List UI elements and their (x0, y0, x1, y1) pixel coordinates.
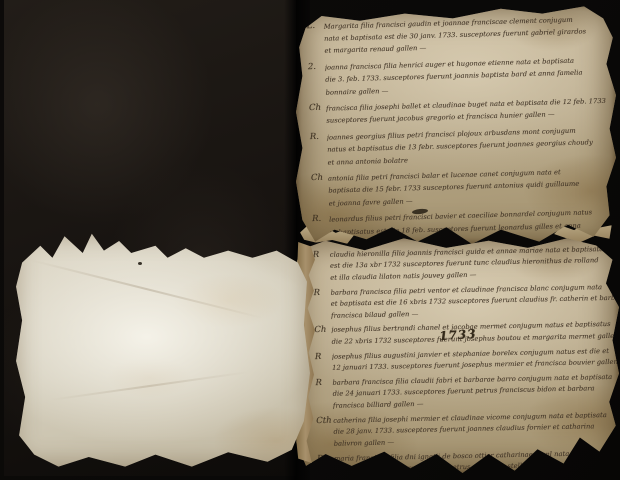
entry-lines: claudia hieronilla filia joannis francis… (330, 244, 616, 284)
register-entry: Chantonia filia petri francisci balar et… (309, 165, 612, 210)
register-entry: Rbarbara francisca filia petri ventor et… (311, 282, 616, 323)
entry-margin-mark: Ch (307, 103, 326, 115)
entry-lines: joanna francisca filia henrici auger et … (325, 54, 609, 98)
register-entry: Chfrancisca filia josephi ballet et clau… (307, 95, 610, 128)
register-entry: Bmaria francisca filia dni ignatii de bo… (315, 447, 619, 476)
entry-margin-mark: R. (310, 214, 329, 226)
entry-lines: josephus filius augustini janvier et ste… (332, 346, 617, 375)
bottom-page-text-block: Rclaudia hieronilla filia joannis franci… (311, 244, 620, 480)
entry-margin-mark: Ch (312, 325, 331, 336)
entry-line: die … 1733. susceptores fuerunt petrus d… (334, 459, 619, 476)
left-blank-page (10, 229, 313, 469)
year-annotation: 1733 (439, 327, 477, 344)
register-entry: 2.joanna francisca filia henrici auger e… (306, 54, 609, 99)
entry-margin-mark: B (315, 453, 334, 464)
entry-lines: maria francisca filia dni ignatii de bos… (334, 447, 619, 476)
entry-margin-mark: Ch (309, 173, 328, 185)
entry-lines: barbara francisca filia petri ventor et … (330, 282, 616, 322)
entry-margin-mark: R. (308, 132, 327, 144)
ink-speck (138, 262, 142, 265)
register-entry: L.Margarita filia francisci gaudin et jo… (305, 13, 608, 58)
entry-margin-mark: Cth (314, 416, 333, 427)
entry-lines: joannes georgius filius petri francisci … (327, 124, 611, 168)
register-entry: R.joannes georgius filius petri francisc… (308, 124, 611, 169)
entry-margin-mark: R (313, 378, 332, 389)
paper-crease (30, 259, 263, 319)
register-entry: Rclaudia hieronilla filia joannis franci… (311, 244, 616, 285)
entry-lines: catherina filia josephi mermier et claud… (333, 410, 619, 450)
entry-lines: Margarita filia francisci gaudin et joan… (324, 13, 608, 57)
entry-margin-mark: R (311, 288, 330, 299)
entry-lines: barbara francisca filia claudii fabri et… (332, 372, 618, 412)
bottom-right-manuscript-page: Rclaudia hieronilla filia joannis franci… (293, 236, 619, 473)
entry-lines: antonia filia petri francisci balar et l… (328, 165, 612, 209)
register-entry: Rjosephus filius augustini janvier et st… (313, 346, 617, 375)
top-right-manuscript-page: L.Margarita filia francisci gaudin et jo… (296, 4, 616, 244)
entry-margin-mark: 2. (306, 62, 325, 74)
entry-lines: francisca filia josephi ballet et claudi… (326, 95, 610, 127)
entry-margin-mark: R (313, 352, 332, 363)
archival-photo-canvas: { "palette": { "background": "#0a0908", … (0, 0, 620, 480)
paper-crease (50, 371, 248, 401)
register-entry: Cthcatherina filia josephi mermier et cl… (314, 410, 619, 451)
register-entry: Rbarbara francisca filia claudii fabri e… (313, 372, 618, 413)
